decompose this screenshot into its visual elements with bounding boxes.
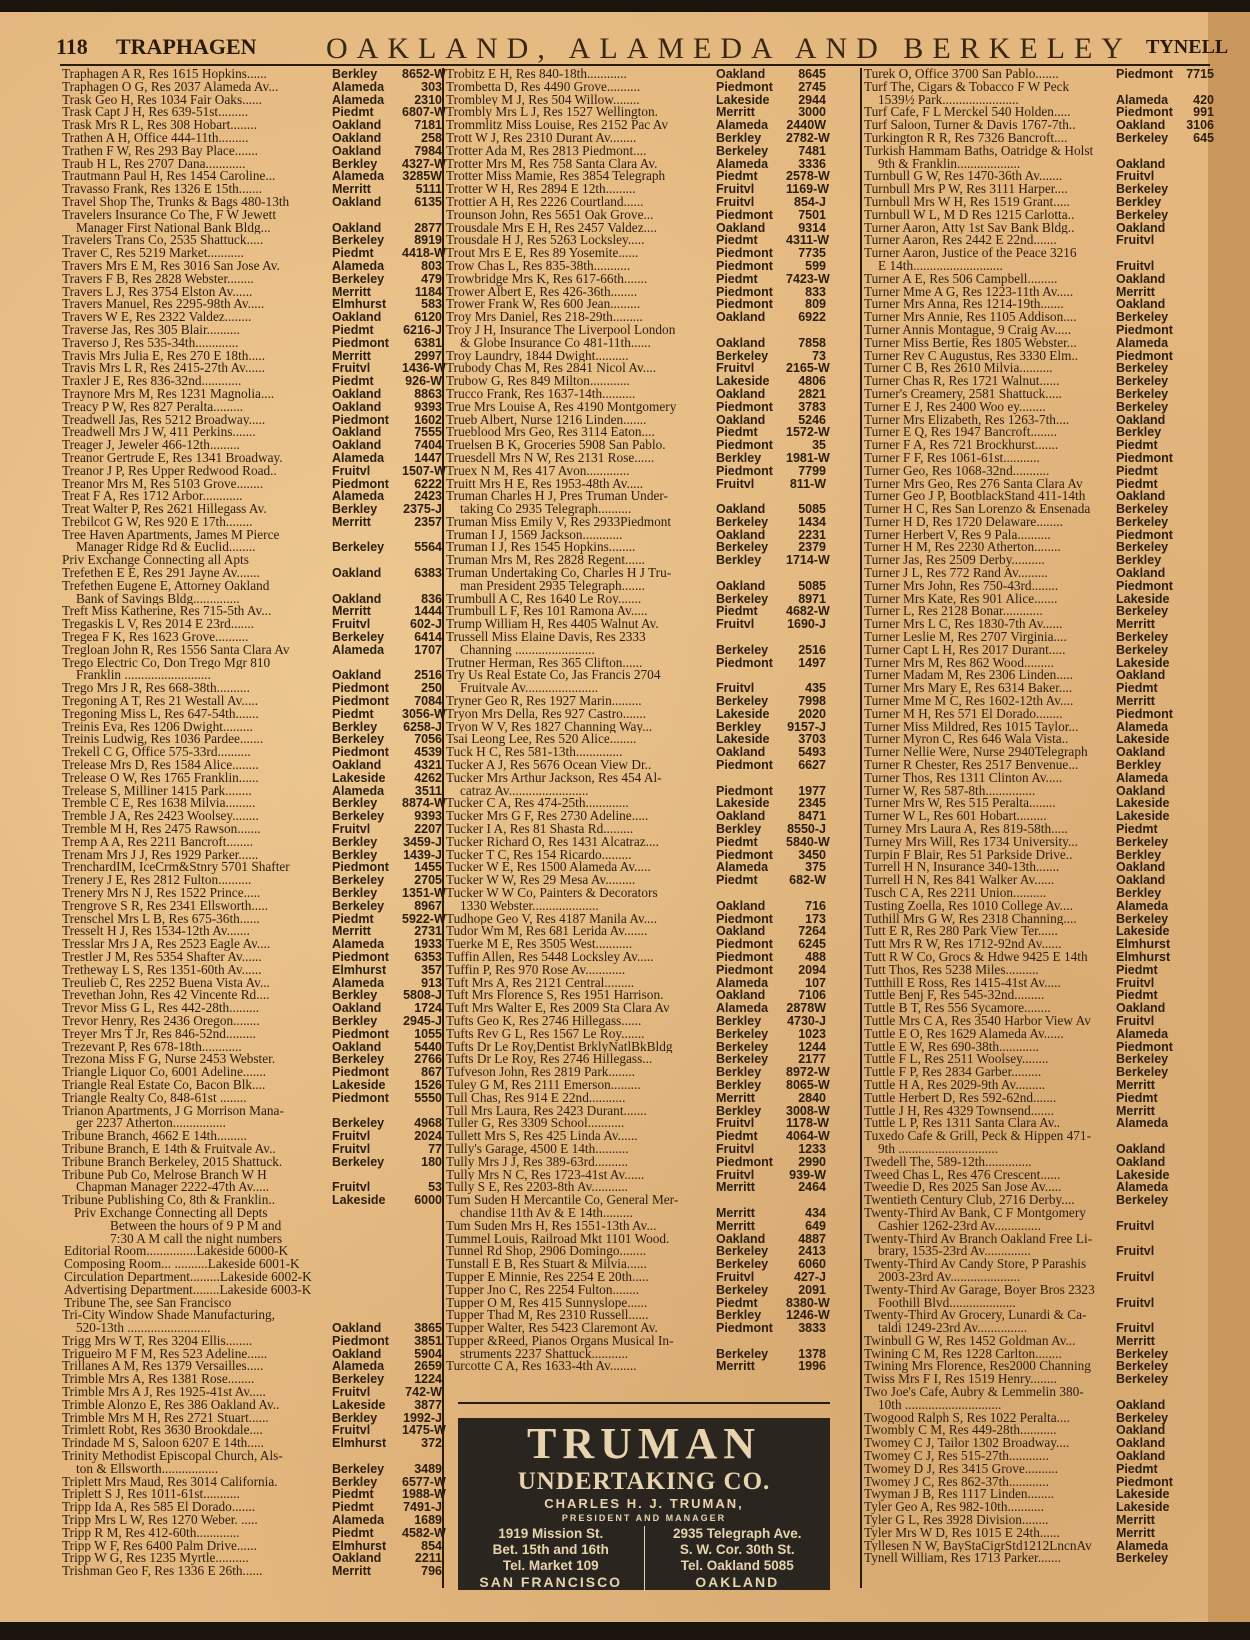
entry-phone-number: [786, 1194, 826, 1207]
directory-entry: Tucker A J, Res 5676 Ocean View Dr..Pied…: [446, 759, 826, 772]
entry-name: Trounson John, Res 5651 Oak Grove...: [446, 209, 716, 222]
entry-phone-number: [1178, 836, 1214, 849]
entry-phone-number: 1055: [402, 1028, 442, 1041]
entry-exchange: Berkeley: [716, 1284, 786, 1297]
directory-entry: taking Co 2935 Telegraph..........Oaklan…: [446, 503, 826, 516]
entry-name: Turcotte C A, Res 1633-4th Av........: [446, 1360, 716, 1373]
directory-entry: Turner Mrs John, Res 750-43rd........Pie…: [864, 580, 1214, 593]
entry-exchange: Berkeley: [1116, 516, 1178, 529]
entry-phone-number: [1178, 465, 1214, 478]
entry-exchange: Berkley: [716, 823, 786, 836]
directory-entry: Trimble Alonzo E, Res 386 Oakland Av..La…: [62, 1399, 442, 1412]
directory-entry: Tree Haven Apartments, James M Pierce: [62, 529, 442, 542]
entry-name: taldi 1249-23rd Av...............: [864, 1322, 1116, 1335]
directory-entry: Treinis Eva, Res 1206 Dwight.........Ber…: [62, 721, 442, 734]
directory-entry: Tuffin P, Res 970 Rose Av............Pie…: [446, 964, 826, 977]
directory-entry: Turner H M, Res 2230 Atherton........Ber…: [864, 541, 1214, 554]
directory-entry: Trotter W H, Res 2894 E 12th.........Fru…: [446, 183, 826, 196]
entry-phone-number: [1178, 362, 1214, 375]
directory-entry: Tully S E, Res 2203-8th Av...........Mer…: [446, 1181, 826, 1194]
entry-phone-number: 803: [402, 260, 442, 273]
entry-name: Trower Frank W, Res 600 Jean.........: [446, 298, 716, 311]
directory-entry: Trindade M S, Saloon 6207 E 14th.....Elm…: [62, 1437, 442, 1450]
directory-entry: Turner M H, Res 571 El Dorado........Pie…: [864, 708, 1214, 721]
header-rule: [60, 64, 1210, 66]
entry-name: E 14th...........................: [864, 260, 1116, 273]
entry-name: Turf The, Cigars & Tobacco F W Peck: [864, 81, 1116, 94]
entry-exchange: Oakland: [332, 388, 402, 401]
entry-phone-number: 4730-J: [786, 1015, 826, 1028]
entry-name: Trenery Mrs N J, Res 1522 Prince.....: [62, 887, 332, 900]
entry-exchange: Fruitvl: [716, 478, 786, 491]
entry-exchange: Piedmont: [332, 1028, 402, 1041]
directory-entry: Treat Walter P, Res 2621 Hillegass Av.Be…: [62, 503, 442, 516]
directory-entry: Tsai Leong Lee, Res 520 Alice........Lak…: [446, 733, 826, 746]
entry-exchange: [716, 631, 786, 644]
entry-name: Turnbull Mrs W H, Res 1519 Grant.....: [864, 196, 1116, 209]
entry-exchange: Berkeley: [1116, 375, 1178, 388]
entry-name: Turner Chas R, Res 1721 Walnut......: [864, 375, 1116, 388]
directory-entry: Tuttle Herbert D, Res 592-62nd.......Pie…: [864, 1092, 1214, 1105]
entry-name: Trevethan John, Res 42 Vincente Rd....: [62, 989, 332, 1002]
entry-exchange: Fruitvl: [1116, 1220, 1178, 1233]
entry-exchange: Piedmont: [716, 951, 786, 964]
directory-entry: Tryon Mrs Della, Res 927 Castro.......La…: [446, 708, 826, 721]
entry-name: Turner Mrs Mary E, Res 6314 Baker....: [864, 682, 1116, 695]
entry-phone-number: 6135: [402, 196, 442, 209]
entry-exchange: Piedmont: [716, 81, 786, 94]
directory-entry: Trefethen E E, Res 291 Jayne Av.......Oa…: [62, 567, 442, 580]
entry-name: Turf Saloon, Turner & Davis 1767-7th..: [864, 119, 1116, 132]
entry-name: Travis Mrs Julia E, Res 270 E 18th.....: [62, 350, 332, 363]
entry-name: Tupper E Minnie, Res 2254 E 20th.....: [446, 1271, 716, 1284]
entry-exchange: Alameda: [1116, 1117, 1178, 1130]
entry-name: Turner Thos, Res 1311 Clinton Av.....: [864, 772, 1116, 785]
entry-exchange: Fruitvl: [716, 1271, 786, 1284]
directory-entry: Tull Mrs Laura, Res 2423 Durant.......Be…: [446, 1105, 826, 1118]
directory-entry: Treulieb C, Res 2252 Buena Vista Av...Al…: [62, 977, 442, 990]
entry-name: Turner E Q, Res 1947 Bancroft........: [864, 426, 1116, 439]
entry-name: Tunstall E B, Res Stuart & Milvia......: [446, 1258, 716, 1271]
directory-entry: Trevethan John, Res 42 Vincente Rd....Be…: [62, 989, 442, 1002]
entry-exchange: Oakland: [1116, 567, 1178, 580]
entry-name: Try Us Real Estate Co, Jas Francis 2704: [446, 669, 716, 682]
directory-entry: Turner Madam M, Res 2306 Linden.....Oakl…: [864, 669, 1214, 682]
directory-entry: Tullett Mrs S, Res 425 Linda Av......Pie…: [446, 1130, 826, 1143]
entry-exchange: [716, 772, 786, 785]
entry-phone-number: 1497: [786, 657, 826, 670]
entry-name: Tufts Dr Le Roy, Res 2746 Hillegass...: [446, 1053, 716, 1066]
entry-phone-number: 77: [402, 1143, 442, 1156]
directory-entry: Traphagen A R, Res 1615 Hopkins......Ber…: [62, 68, 442, 81]
entry-exchange: Berkeley: [1116, 1194, 1178, 1207]
entry-exchange: Fruitvl: [332, 823, 402, 836]
entry-phone-number: 9393: [402, 401, 442, 414]
entry-name: Trevor Henry, Res 2436 Oregon........: [62, 1015, 332, 1028]
entry-phone-number: [1178, 247, 1214, 260]
entry-exchange: Berkeley: [1116, 388, 1178, 401]
directory-entry: Tri-City Window Shade Manufacturing,: [62, 1309, 442, 1322]
entry-phone-number: 258: [402, 132, 442, 145]
entry-phone-number: [1178, 554, 1214, 567]
directory-entry: Turner R Chester, Res 2517 Benvenue...Be…: [864, 759, 1214, 772]
directory-entry: Tuft Mrs Walter E, Res 2009 Sta Clara Av…: [446, 1002, 826, 1015]
entry-phone-number: [1178, 196, 1214, 209]
entry-exchange: Piedmont: [1116, 68, 1178, 81]
entry-phone-number: 742-W: [402, 1386, 442, 1399]
entry-phone-number: [1178, 1360, 1214, 1373]
entry-phone-number: [786, 1335, 826, 1348]
entry-name: Turner W, Res 587-8th...............: [864, 785, 1116, 798]
entry-phone-number: 2091: [786, 1284, 826, 1297]
entry-name: Trego Electric Co, Don Trego Mgr 810: [62, 657, 332, 670]
entry-name: Twenty-Third Av Grocery, Lunardi & Ca-: [864, 1309, 1116, 1322]
entry-name: Trousdale H J, Res 5263 Locksley.....: [446, 234, 716, 247]
entry-exchange: Berkley: [716, 132, 786, 145]
entry-exchange: Fruitvl: [1116, 260, 1178, 273]
directory-entry: Trucco Frank, Res 1637-14th..........Oak…: [446, 388, 826, 401]
directory-entry: Twenty-Third Av Bank, C F Montgomery: [864, 1207, 1214, 1220]
entry-name: Tucker Mrs Arthur Jackson, Res 454 Al-: [446, 772, 716, 785]
page-header: 118 TRAPHAGEN OAKLAND, ALAMEDA AND BERKE…: [56, 34, 1246, 60]
directory-entry: Trelease S, Milliner 1415 Park........Al…: [62, 785, 442, 798]
entry-name: Trotter Ada M, Res 2813 Piedmont....: [446, 145, 716, 158]
entry-name: 1539½ Park.......................: [864, 94, 1116, 107]
directory-entry: Traynore Mrs M, Res 1231 Magnolia....Oak…: [62, 388, 442, 401]
directory-entry: Traxler J E, Res 836-32nd............Pie…: [62, 375, 442, 388]
directory-entry: Trutner Herman, Res 365 Clifton......Pie…: [446, 657, 826, 670]
entry-name: Turner Mme A G, Res 1223-11th Av.....: [864, 286, 1116, 299]
entry-name: Tufts Geo K, Res 2746 Hillegass......: [446, 1015, 716, 1028]
left-guide-word: TRAPHAGEN: [116, 34, 257, 60]
entry-name: Truman Undertaking Co, Charles H J Tru-: [446, 567, 716, 580]
directory-entry: Trotter Mrs M, Res 758 Santa Clara Av.Al…: [446, 158, 826, 171]
entry-exchange: Fruitvl: [1116, 1271, 1178, 1284]
entry-exchange: Piedmont: [716, 260, 786, 273]
entry-exchange: Merritt: [1116, 1335, 1178, 1348]
entry-phone-number: 1447: [402, 452, 442, 465]
entry-phone-number: 2375-J: [402, 503, 442, 516]
entry-name: Turner Aaron, Res 2442 E 22nd.......: [864, 234, 1116, 247]
entry-name: Tum Suden Mrs H, Res 1551-13th Av...: [446, 1220, 716, 1233]
entry-name: Manager First National Bank Bldg...: [62, 222, 332, 235]
entry-exchange: Alameda: [1116, 337, 1178, 350]
entry-phone-number: [1178, 593, 1214, 606]
entry-exchange: Lakeside: [332, 1194, 402, 1207]
directory-entry: Trounson John, Res 5651 Oak Grove...Pied…: [446, 209, 826, 222]
entry-name: Tupper Thad M, Res 2310 Russell......: [446, 1309, 716, 1322]
directory-entry: Turner E Q, Res 1947 Bancroft........Ber…: [864, 426, 1214, 439]
entry-name: Traverse Jas, Res 305 Blair..........: [62, 324, 332, 337]
directory-entry: Tremble M H, Res 2475 Rawson.......Fruit…: [62, 823, 442, 836]
entry-phone-number: [1178, 311, 1214, 324]
directory-entry: Treyer Mrs T Jr, Res 846-52nd.........Pi…: [62, 1028, 442, 1041]
directory-entry: Trask Capt J H, Res 639-51st.........Pie…: [62, 106, 442, 119]
directory-entry: Manager Ridge Rd & Euclid........Berkele…: [62, 541, 442, 554]
entry-exchange: Piedmont: [716, 1322, 786, 1335]
entry-name: Turkish Hammam Baths, Oatridge & Holst: [864, 145, 1116, 158]
entry-name: Cashier 1262-23rd Av..............: [864, 1220, 1116, 1233]
entry-phone-number: 1981-W: [786, 452, 826, 465]
directory-entry: Twiss Mrs F I, Res 1519 Henry........Ber…: [864, 1373, 1214, 1386]
entry-name: Tuffin Allen, Res 5448 Locksley Av.....: [446, 951, 716, 964]
entry-phone-number: [1178, 414, 1214, 427]
entry-phone-number: [1178, 1424, 1214, 1437]
directory-entry: Turnbull W L, M D Res 1215 Carlotta..Ber…: [864, 209, 1214, 222]
ad-sf-address: 1919 Mission St. Bet. 15th and 16th Tel.…: [458, 1526, 645, 1591]
directory-entry: Turner W L, Res 601 Hobart.........Lakes…: [864, 810, 1214, 823]
entry-phone-number: 854-J: [786, 196, 826, 209]
entry-name: Turner's Creamery, 2581 Shattuck.....: [864, 388, 1116, 401]
directory-entry: Tuttle E O, Res 1629 Alameda Av......Ala…: [864, 1028, 1214, 1041]
entry-phone-number: 7404: [402, 439, 442, 452]
entry-phone-number: [1178, 887, 1214, 900]
entry-name: Turney Mrs Will, Res 1734 University...: [864, 836, 1116, 849]
entry-name: Tregoning A T, Res 21 Westall Av.....: [62, 695, 332, 708]
directory-entry: Trott W J, Res 2310 Durant Av........Ber…: [446, 132, 826, 145]
entry-name: Turner A E, Res 506 Campbell.........: [864, 273, 1116, 286]
directory-entry: Turner Capt L H, Res 2017 Durant.....Ber…: [864, 644, 1214, 657]
entry-name: Tryon Mrs Della, Res 927 Castro.......: [446, 708, 716, 721]
entry-phone-number: [1178, 733, 1214, 746]
entry-exchange: Alameda: [332, 452, 402, 465]
entry-exchange: Piedmt: [332, 708, 402, 721]
entry-name: Trishman Geo F, Res 1336 E 26th......: [62, 1565, 332, 1578]
entry-phone-number: [1178, 1015, 1214, 1028]
entry-phone-number: 2745: [786, 81, 826, 94]
directory-entry: chandise 11th Av & E 14th.........Merrit…: [446, 1207, 826, 1220]
entry-exchange: Piedmont: [716, 439, 786, 452]
entry-phone-number: [1178, 1552, 1214, 1565]
entry-name: Turner Mrs Anna, Res 1214-19th.......: [864, 298, 1116, 311]
entry-phone-number: [1178, 900, 1214, 913]
ad-business: UNDERTAKING CO.: [458, 1468, 830, 1496]
entry-exchange: Piedmont: [1116, 580, 1178, 593]
entry-exchange: Piedmont: [332, 951, 402, 964]
entry-phone-number: 357: [402, 964, 442, 977]
entry-phone-number: [1178, 490, 1214, 503]
listing-column-2: Trobitz E H, Res 840-18th............Oak…: [446, 68, 826, 1373]
directory-entry: Turner F F, Res 1061-61st...........Pied…: [864, 452, 1214, 465]
entry-phone-number: 1690-J: [786, 618, 826, 631]
entry-phone-number: [402, 209, 442, 222]
entry-name: Tucker W W, Res 29 Mesa Av.........: [446, 874, 716, 887]
entry-exchange: Berkley: [1116, 887, 1178, 900]
entry-exchange: Lakeside: [332, 772, 402, 785]
entry-name: Tuttle Benj F, Res 545-32nd.........: [864, 989, 1116, 1002]
entry-phone-number: [1178, 401, 1214, 414]
entry-name: Treulieb C, Res 2252 Buena Vista Av...: [62, 977, 332, 990]
entry-exchange: Elmhurst: [1116, 951, 1178, 964]
directory-entry: Twenty-Third Av Garage, Boyer Bros 2323: [864, 1284, 1214, 1297]
entry-phone-number: 8652-W: [402, 68, 442, 81]
entry-phone-number: 8645: [786, 68, 826, 81]
entry-name: Tryner Geo R, Res 1927 Marin.........: [446, 695, 716, 708]
entry-phone-number: 645: [1178, 132, 1214, 145]
entry-name: Tutt R W Co, Grocs & Hdwe 9425 E 14th: [864, 951, 1116, 964]
entry-name: Treacy P W, Res 827 Peralta.........: [62, 401, 332, 414]
entry-phone-number: 1707: [402, 644, 442, 657]
entry-name: Tyler Geo A, Res 982-10th...........: [864, 1501, 1116, 1514]
directory-entry: Turner Mrs Mary E, Res 6314 Baker....Pie…: [864, 682, 1214, 695]
entry-name: Turner Mrs M, Res 862 Wood.........: [864, 657, 1116, 670]
entry-phone-number: [1178, 1284, 1214, 1297]
entry-exchange: Merritt: [716, 1220, 786, 1233]
entry-phone-number: 8550-J: [786, 823, 826, 836]
ad-oak-city: OAKLAND: [695, 1574, 779, 1590]
directory-entry: Turner Geo, Res 1068-32nd...........Pied…: [864, 465, 1214, 478]
directory-entry: Trowbridge Mrs K, Res 617-66th.......Pie…: [446, 273, 826, 286]
directory-entry: Tunstall E B, Res Stuart & Milvia......B…: [446, 1258, 826, 1271]
directory-entry: Tupper Walter, Res 5423 Claremont Av.Pie…: [446, 1322, 826, 1335]
entry-name: Treadwell Jas, Res 5212 Broadway.....: [62, 414, 332, 427]
entry-name: Tully S E, Res 2203-8th Av...........: [446, 1181, 716, 1194]
entry-name: Trengrove S R, Res 2341 Ellsworth.....: [62, 900, 332, 913]
entry-exchange: Piedmont: [716, 657, 786, 670]
directory-entry: Trotter Ada M, Res 2813 Piedmont....Berk…: [446, 145, 826, 158]
entry-name: 10th .............................: [864, 1399, 1116, 1412]
directory-entry: Triplett Mrs Maud, Res 3014 California.B…: [62, 1476, 442, 1489]
directory-entry: Trower Frank W, Res 600 Jean.........Pie…: [446, 298, 826, 311]
directory-entry: Trenschel Mrs L B, Res 675-36th......Pie…: [62, 913, 442, 926]
entry-phone-number: 3489: [402, 1463, 442, 1476]
entry-exchange: Piedmont: [716, 759, 786, 772]
entry-exchange: Berkley: [332, 503, 402, 516]
entry-phone-number: [1178, 298, 1214, 311]
entry-name: Tuttle Mrs C A, Res 3540 Harbor View Av: [864, 1015, 1116, 1028]
directory-entry: Turnbull Mrs W H, Res 1519 Grant.....Ber…: [864, 196, 1214, 209]
entry-exchange: Lakeside: [332, 1079, 402, 1092]
entry-name: Traynore Mrs M, Res 1231 Magnolia....: [62, 388, 332, 401]
directory-page: 118 TRAPHAGEN OAKLAND, ALAMEDA AND BERKE…: [0, 12, 1250, 1622]
directory-entry: Tufts Rev G L, Res 1567 Le Roy.......Ber…: [446, 1028, 826, 1041]
directory-entry: Troy Laundry, 1844 Dwight..........Berke…: [446, 350, 826, 363]
directory-entry: Tupper &Reed, Pianos Organs Musical In-: [446, 1335, 826, 1348]
directory-entry: Tufts Dr Le Roy,Dentist BrklyNatlBkBldgB…: [446, 1041, 826, 1054]
directory-entry: Tyler Mrs W D, Res 1015 E 24th......Merr…: [864, 1527, 1214, 1540]
entry-name: Trubody Chas M, Res 2841 Nicol Av....: [446, 362, 716, 375]
entry-name: Turner Mrs Kate, Res 901 Alice.......: [864, 593, 1116, 606]
entry-exchange: [332, 209, 402, 222]
entry-name: Treat Walter P, Res 2621 Hillegass Av.: [62, 503, 332, 516]
directory-entry: Truman I J, 1569 Jackson............Oakl…: [446, 529, 826, 542]
directory-entry: Turner Aaron, Atty 1st Sav Bank Bldg..Oa…: [864, 222, 1214, 235]
entry-phone-number: 488: [786, 951, 826, 964]
entry-phone-number: 303: [402, 81, 442, 94]
directory-entry: Tribune Pub Co, Melrose Branch W H: [62, 1169, 442, 1182]
torn-page-edge: [1208, 12, 1250, 1622]
directory-entry: Trathen A H, Office 444-11th.........Oak…: [62, 132, 442, 145]
entry-name: Franklin ..........................: [62, 669, 332, 682]
entry-exchange: Fruitvl: [1116, 1015, 1178, 1028]
entry-name: Trathen F W, Res 293 Bay Place.......: [62, 145, 332, 158]
entry-name: Tuller G, Res 3309 School...........: [446, 1117, 716, 1130]
entry-name: & Globe Insurance Co 481-11th......: [446, 337, 716, 350]
directory-entry: Tucker I A, Res 81 Shasta Rd.........Ber…: [446, 823, 826, 836]
entry-name: Trousdale Mrs E H, Res 2457 Valdez....: [446, 222, 716, 235]
directory-entry: Trelease O W, Res 1765 Franklin......Lak…: [62, 772, 442, 785]
directory-entry: E 14th...........................Fruitvl: [864, 260, 1214, 273]
directory-entry: Treat F A, Res 1712 Arbor............Ala…: [62, 490, 442, 503]
entry-phone-number: 2840: [786, 1092, 826, 1105]
directory-entry: Truman Mrs M, Res 2828 Regent......Berkl…: [446, 554, 826, 567]
entry-name: Tufts Rev G L, Res 1567 Le Roy.......: [446, 1028, 716, 1041]
directory-entry: Tuft Mrs A, Res 2121 Central.........Ala…: [446, 977, 826, 990]
entry-phone-number: [1178, 1476, 1214, 1489]
entry-name: taking Co 2935 Telegraph..........: [446, 503, 716, 516]
entry-exchange: Oakland: [716, 68, 786, 81]
entry-exchange: Fruitvl: [332, 465, 402, 478]
entry-exchange: Elmhurst: [332, 1437, 402, 1450]
entry-name: Tully Mrs N C, Res 1723-41st Av......: [446, 1169, 716, 1182]
entry-exchange: Fruitvl: [1116, 234, 1178, 247]
entry-exchange: Elmhurst: [332, 964, 402, 977]
entry-name: Trindade M S, Saloon 6207 E 14th.....: [62, 1437, 332, 1450]
entry-phone-number: [786, 631, 826, 644]
directory-entry: Trebilcot G W, Res 920 E 17th........Mer…: [62, 516, 442, 529]
directory-entry: Twedell The, 589-12th..............Oakla…: [864, 1156, 1214, 1169]
directory-entry: Trombetta D, Res 4490 Grove..........Pie…: [446, 81, 826, 94]
entry-name: Twogood Ralph S, Res 1022 Peralta....: [864, 1412, 1116, 1425]
entry-name: Trigueiro M F M, Res 523 Adeline......: [62, 1348, 332, 1361]
directory-entry: Treadwell Mrs J W, 411 Perkins.......Oak…: [62, 426, 442, 439]
entry-exchange: Oakland: [332, 567, 402, 580]
entry-phone-number: [1178, 823, 1214, 836]
entry-name: Traverso J, Res 535-34th.............: [62, 337, 332, 350]
ad-oak-phone: Tel. Oakland 5085: [681, 1558, 794, 1573]
directory-entry: Tuttle F P, Res 2834 Garber.........Berk…: [864, 1066, 1214, 1079]
entry-name: Tuttle Herbert D, Res 592-62nd.......: [864, 1092, 1116, 1105]
entry-phone-number: 3833: [786, 1322, 826, 1335]
entry-name: Travelers Trans Co, 2535 Shattuck.....: [62, 234, 332, 247]
entry-exchange: Berkley: [716, 554, 786, 567]
directory-entry: Tucker W E, Res 1500 Alameda Av.....Alam…: [446, 861, 826, 874]
entry-name: Tuttle H A, Res 2029-9th Av.........: [864, 1079, 1116, 1092]
entry-phone-number: 3459-J: [402, 836, 442, 849]
entry-exchange: Piedmt: [1116, 439, 1178, 452]
entry-name: TrenchardIM, IceCrm&Stnry 5701 Shafter: [62, 861, 332, 874]
entry-name: Bank of Savings Bldg..............: [62, 593, 332, 606]
entry-name: Two Joe's Cafe, Aubry & Lemmelin 380-: [864, 1386, 1116, 1399]
entry-name: Tuttle F L, Res 2511 Woolsey........: [864, 1053, 1116, 1066]
entry-phone-number: [1178, 567, 1214, 580]
directory-entry: Tryner Geo R, Res 1927 Marin.........Ber…: [446, 695, 826, 708]
entry-name: Tull Mrs Laura, Res 2423 Durant.......: [446, 1105, 716, 1118]
directory-entry: Trimble Mrs A, Res 1381 Rose........Berk…: [62, 1373, 442, 1386]
directory-entry: 10th .............................Oaklan…: [864, 1399, 1214, 1412]
directory-entry: Troy Mrs Daniel, Res 218-29th.........Oa…: [446, 311, 826, 324]
entry-name: Tuck H C, Res 581-13th..............: [446, 746, 716, 759]
directory-entry: Turkington R R, Res 7326 Bancroft....Ber…: [864, 132, 1214, 145]
entry-exchange: Berkley: [332, 68, 402, 81]
entry-name: Trego Mrs J R, Res 668-38th..........: [62, 682, 332, 695]
entry-name: Turner R Chester, Res 2517 Benvenue...: [864, 759, 1116, 772]
directory-entry: Tummel Louis, Railroad Mkt 1101 Wood.Oak…: [446, 1233, 826, 1246]
directory-entry: Trengrove S R, Res 2341 Ellsworth.....Be…: [62, 900, 442, 913]
directory-entry: Turcotte C A, Res 1633-4th Av........Mer…: [446, 1360, 826, 1373]
entry-phone-number: [1178, 1245, 1214, 1258]
entry-name: brary, 1535-23rd Av..............: [864, 1245, 1116, 1258]
directory-entry: Turner F A, Res 721 Brockhurst.......Pie…: [864, 439, 1214, 452]
entry-phone-number: [1178, 541, 1214, 554]
entry-name: Trillanes A M, Res 1379 Versailles.....: [62, 1360, 332, 1373]
entry-phone-number: [1178, 695, 1214, 708]
directory-entry: Truman Charles H J, Pres Truman Under-: [446, 490, 826, 503]
entry-name: Channing ........................: [446, 644, 716, 657]
entry-name: Trotter Miss Mamie, Res 3854 Telegraph: [446, 170, 716, 183]
entry-name: Tusch C A, Res 2211 Union..........: [864, 887, 1116, 900]
entry-exchange: Oakland: [716, 900, 786, 913]
